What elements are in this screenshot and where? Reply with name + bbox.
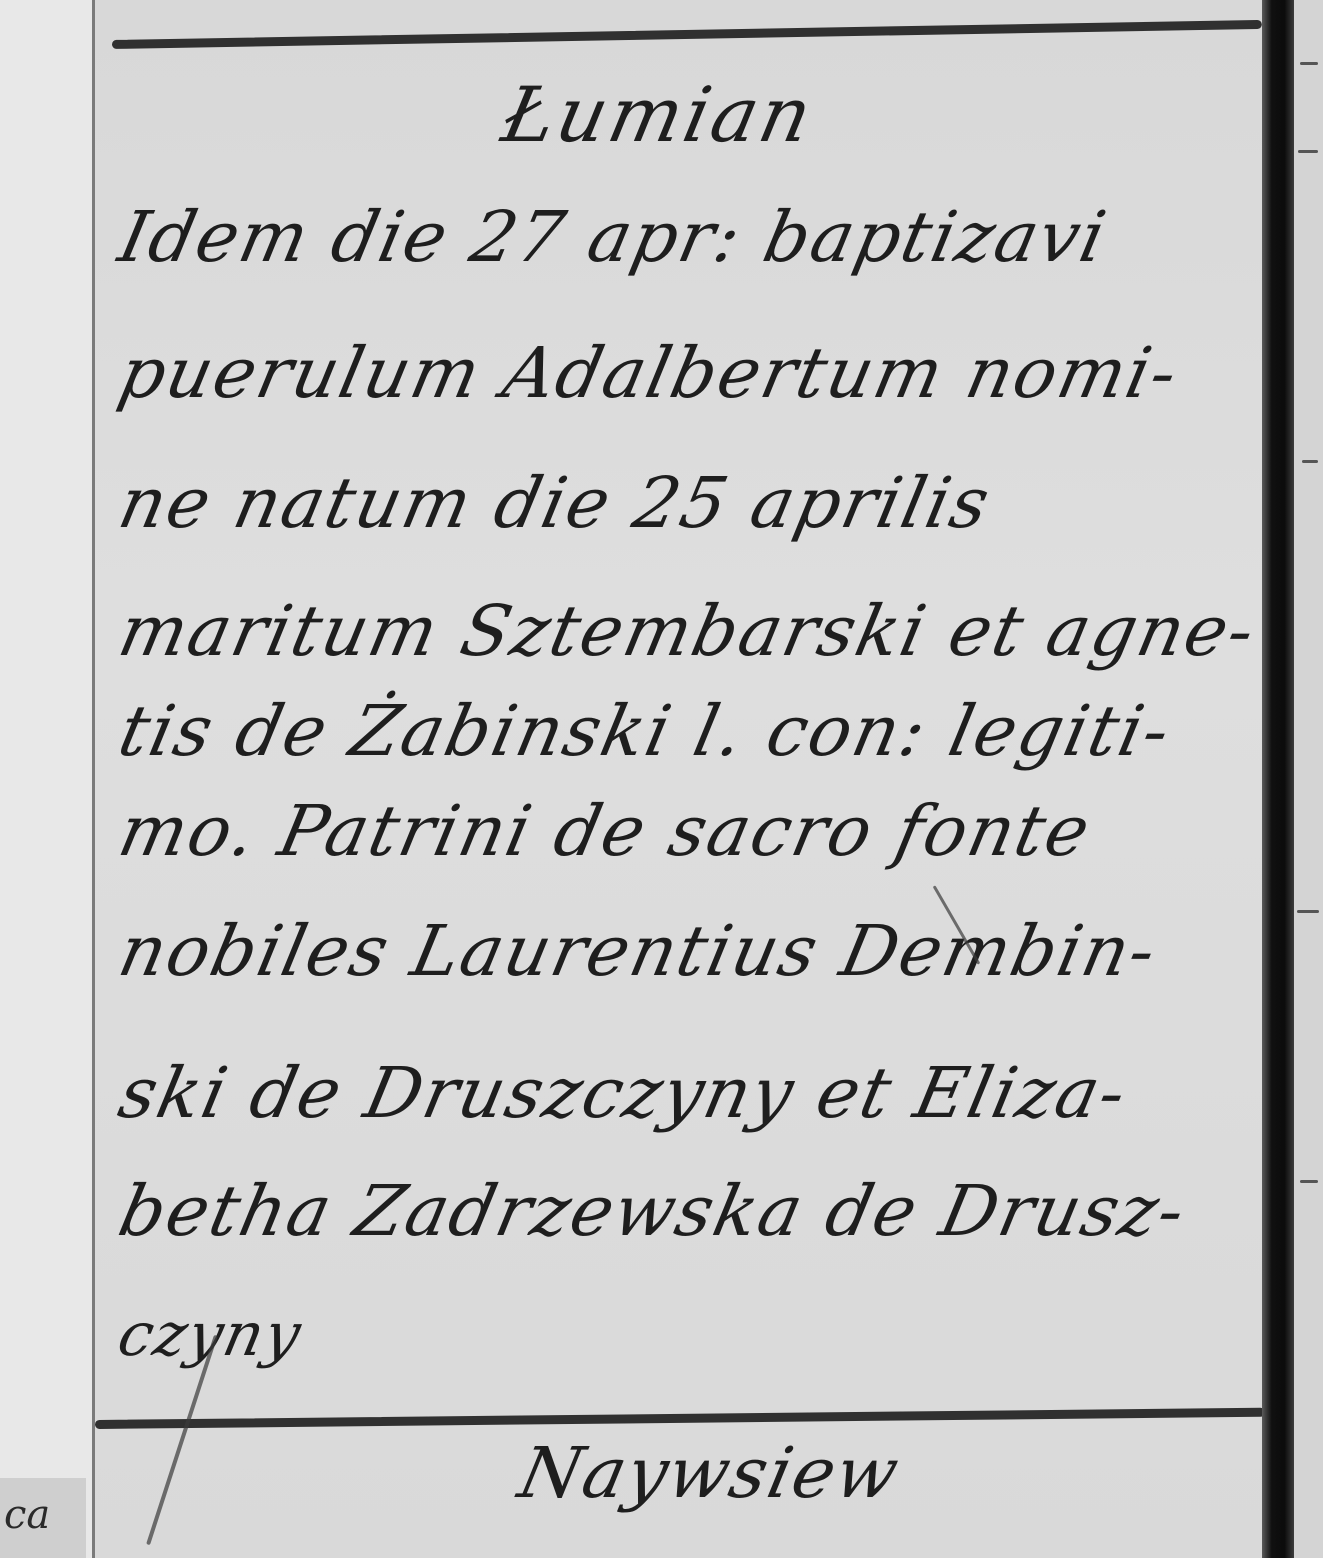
entry-place-heading: Łumian [495, 70, 822, 159]
entry-line-7: nobiles Laurentius Dembin- [112, 910, 1165, 992]
facing-page-ink-mark [1302, 460, 1318, 463]
facing-page-edge [1294, 0, 1323, 1558]
entry-line-8: ski de Druszczyny et Eliza- [112, 1052, 1135, 1134]
scanned-register-page: ca Łumian Idem die 27 apr: baptizavi pue… [0, 0, 1323, 1558]
entry-line-6: mo. Patrini de sacro fonte [112, 790, 1099, 872]
facing-page-ink-mark [1300, 1180, 1318, 1183]
entry-line-5: tis de Żabinski l. con: legiti- [112, 690, 1179, 772]
next-entry-place-heading: Naywsiew [512, 1432, 908, 1514]
book-binding-gutter [1262, 0, 1294, 1558]
facing-page-ink-mark [1298, 150, 1318, 153]
facing-page-ink-mark [1300, 62, 1318, 65]
entry-line-1: Idem die 27 apr: baptizavi [112, 196, 1114, 278]
entry-line-3: ne natum die 25 aprilis [112, 462, 998, 544]
entry-line-4: maritum Sztembarski et agne- [112, 590, 1263, 672]
adjacent-page-text: ca [4, 1492, 50, 1538]
entry-line-2: puerulum Adalbertum nomi- [112, 332, 1186, 414]
entry-line-10: czyny [112, 1300, 309, 1370]
entry-line-9: betha Zadrzewska de Drusz- [112, 1170, 1194, 1252]
adjacent-page-fragment: ca [0, 1478, 86, 1558]
adjacent-page-margin [0, 0, 95, 1558]
facing-page-ink-mark [1297, 910, 1319, 913]
